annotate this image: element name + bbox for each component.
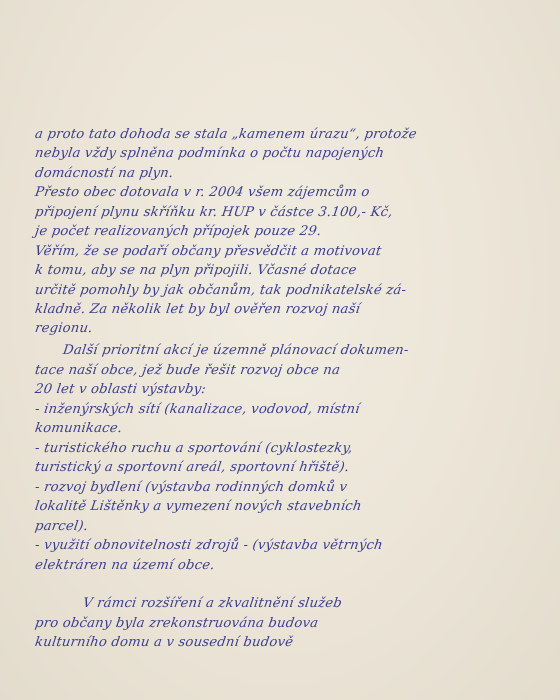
text-line: elektráren na území obce. <box>34 558 216 573</box>
text-line: lokalitě Lištěnky a vymezení nových stav… <box>34 499 363 514</box>
text-line: kulturního domu a v sousední budově <box>34 635 294 650</box>
text-line: domácností na plyn. <box>34 166 174 181</box>
text-line: kladně. Za několik let by byl ověřen roz… <box>34 302 361 317</box>
text-line: je počet realizovaných přípojek pouze 29… <box>34 224 322 239</box>
bullet-line: - rozvoj bydlení (výstavba rodinných dom… <box>34 480 348 495</box>
text-line: určitě pomohly by jak občanům, tak podni… <box>34 283 407 298</box>
handwritten-page: a proto tato dohoda se stala „kamenem úr… <box>0 0 560 700</box>
text-line: pro občany byla zrekonstruována budova <box>34 616 319 631</box>
bullet-line: - inženýrských sítí (kanalizace, vodovod… <box>34 402 361 417</box>
text-line: regionu. <box>34 321 94 336</box>
text-line: komunikace. <box>34 421 123 436</box>
text-line: 20 let v oblasti výstavby: <box>34 382 207 397</box>
text-line: tace naší obce, jež bude řešit rozvoj ob… <box>34 363 341 378</box>
text-line: připojení plynu skříňku kr. HUP v částce… <box>34 205 394 220</box>
text-line: Přesto obec dotovala v r. 2004 všem záje… <box>34 185 371 200</box>
text-line: k tomu, aby se na plyn připojili. Včasné… <box>34 263 358 278</box>
bullet-line: - turistického ruchu a sportování (cyklo… <box>34 441 354 456</box>
text-line: parcel). <box>34 519 89 534</box>
text-line: Věřím, že se podaří občany přesvědčit a … <box>34 244 382 259</box>
paragraph-start-line: Další prioritní akcí je územně plánovací… <box>62 343 410 358</box>
bullet-line: - využití obnovitelnosti zdrojů - (výsta… <box>34 538 384 553</box>
text-line: turistický a sportovní areál, sportovní … <box>34 460 350 475</box>
text-line: nebyla vždy splněna podmínka o počtu nap… <box>34 146 385 161</box>
paragraph-start-line: V rámci rozšíření a zkvalitnění služeb <box>82 596 343 611</box>
text-line: a proto tato dohoda se stala „kamenem úr… <box>34 127 418 142</box>
